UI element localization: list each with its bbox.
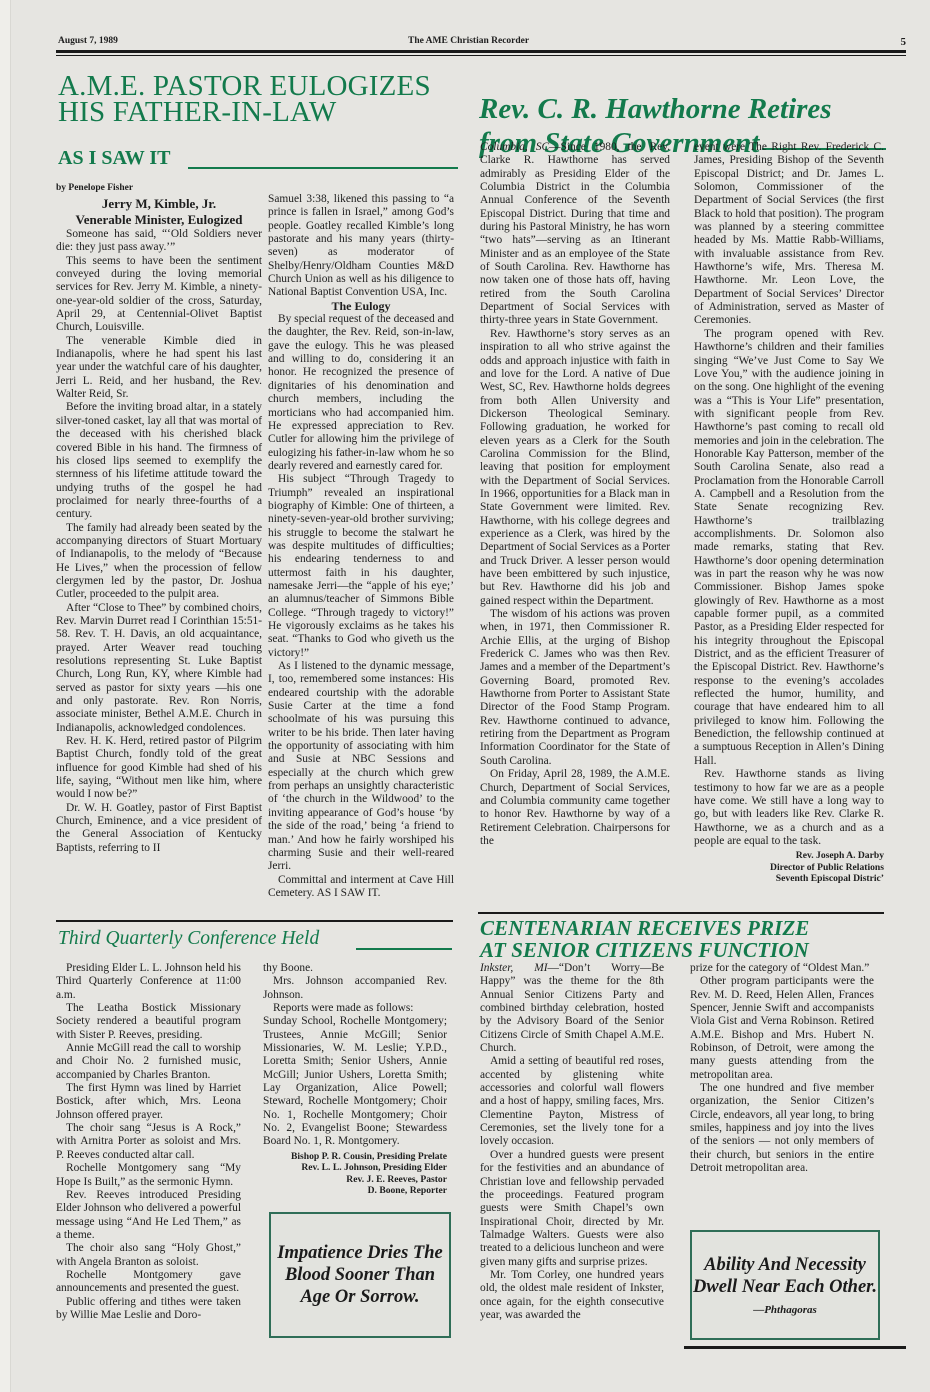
- reports-list: Sunday School, Rochelle Montgomery; Trus…: [263, 1015, 447, 1148]
- section-divider: [56, 920, 453, 922]
- paragraph: The wisdom of his actions was proven whe…: [480, 608, 670, 768]
- third-quarterly-column-1: Presiding Elder L. L. Johnson held his T…: [56, 962, 241, 1322]
- paragraph: Rev. Hawthorne’s story serves as an insp…: [480, 328, 670, 608]
- signoff-org: Seventh Episcopal Distric’: [694, 873, 884, 885]
- paragraph: Over a hundred guests were present for t…: [480, 1149, 664, 1269]
- paragraph: This seems to have been the sentiment co…: [56, 255, 262, 335]
- quote-text: Ability And Necessity Dwell Near Each Ot…: [692, 1254, 878, 1298]
- page-edge: [0, 0, 11, 1392]
- paragraph: The choir also sang “Holy Ghost,” with A…: [56, 1242, 241, 1269]
- issue-date: August 7, 1989: [58, 36, 118, 46]
- paragraph: Rev. H. K. Herd, retired pastor of Pilgr…: [56, 735, 262, 802]
- hawthorne-headline-line1: Rev. C. R. Hawthorne Retires: [479, 93, 832, 125]
- signoff-line: Rev. J. E. Reeves, Pastor: [263, 1174, 447, 1186]
- signoff-line: D. Boone, Reporter: [263, 1185, 447, 1197]
- paragraph: Columbia, SC—Since 1980, the Rev. Clarke…: [480, 141, 670, 328]
- quote-box-ability: Ability And Necessity Dwell Near Each Ot…: [690, 1230, 880, 1340]
- dateline: Inkster, MI: [480, 962, 548, 974]
- centenarian-headline-line2: AT SENIOR CITIZENS FUNCTION: [480, 938, 809, 962]
- eulogy-byline: by Penelope Fisher: [56, 183, 133, 193]
- hawthorne-column-2: event were The Right Rev. Frederick C. J…: [694, 141, 884, 885]
- paragraph: Other program participants were the Rev.…: [690, 975, 874, 1082]
- paragraph: The one hundred and five member organiza…: [690, 1082, 874, 1175]
- paragraph: The venerable Kimble died in Indianapoli…: [56, 335, 262, 402]
- third-quarterly-signoff: Bishop P. R. Cousin, Presiding Prelate R…: [263, 1151, 447, 1197]
- paragraph: Rev. Reeves introduced Presiding Elder J…: [56, 1189, 241, 1242]
- paragraph: thy Boone.: [263, 962, 447, 975]
- paragraph: After “Close to Thee” by combined choirs…: [56, 602, 262, 735]
- quote-text: Impatience Dries The Blood Sooner Than A…: [271, 1242, 449, 1308]
- paragraph-text: —Since 1980, the Rev. Clarke R. Hawthorn…: [480, 141, 670, 326]
- eulogy-column-1: Jerry M, Kimble, Jr. Venerable Minister,…: [56, 196, 262, 855]
- paragraph: Public offering and tithes were taken by…: [56, 1296, 241, 1323]
- eulogy-kicker: Jerry M, Kimble, Jr. Venerable Minister,…: [56, 196, 262, 228]
- eulogy-headline-line2: HIS FATHER-IN-LAW: [58, 96, 336, 128]
- signoff-line: Rev. L. L. Johnson, Presiding Elder: [263, 1162, 447, 1174]
- paragraph: event were The Right Rev. Frederick C. J…: [694, 141, 884, 328]
- publication-name: The AME Christian Recorder: [408, 36, 529, 46]
- eulogy-headline: A.M.E. PASTOR EULOGIZES HIS FATHER-IN-LA…: [58, 73, 431, 125]
- third-quarterly-column-2: thy Boone. Mrs. Johnson accompanied Rev.…: [263, 962, 447, 1197]
- paragraph: By special request of the deceased and t…: [268, 313, 454, 473]
- kicker-line-2: Venerable Minister, Eulogized: [76, 212, 243, 227]
- centenarian-column-2: prize for the category of “Oldest Man.” …: [690, 962, 874, 1176]
- centenarian-headline-line1: CENTENARIAN RECEIVES PRIZE: [480, 916, 809, 940]
- centenarian-column-1: Inkster, MI—“Don’t Worry—Be Happy” was t…: [480, 962, 664, 1322]
- paragraph: The first Hymn was lined by Harriet Bost…: [56, 1082, 241, 1122]
- paragraph: Committal and interment at Cave Hill Cem…: [268, 874, 454, 901]
- paragraph: Before the inviting broad altar, in a st…: [56, 401, 262, 521]
- paragraph: The Leatha Bostick Missionary Society re…: [56, 1002, 241, 1042]
- section-divider: [478, 912, 884, 914]
- paragraph: Mrs. Johnson accompanied Rev. Johnson.: [263, 975, 447, 1002]
- paragraph: His subject “Through Tragedy to Triumph”…: [268, 473, 454, 660]
- signoff-name: Rev. Joseph A. Darby: [694, 850, 884, 862]
- paragraph: Samuel 3:38, likened this passing to “a …: [268, 193, 454, 300]
- quote-attribution: —Phthagoras: [753, 1304, 817, 1316]
- subhead-rule: [188, 167, 458, 169]
- quote-box-impatience: Impatience Dries The Blood Sooner Than A…: [269, 1212, 451, 1338]
- paragraph: Someone has said, “‘Old Soldiers never d…: [56, 228, 262, 255]
- newspaper-page: August 7, 1989 The AME Christian Recorde…: [56, 28, 906, 1368]
- headline-rule: [356, 948, 452, 950]
- page-number: 5: [901, 36, 907, 48]
- dateline: Columbia, SC: [480, 141, 549, 153]
- paragraph: The choir sang “Jesus is A Rock,” with A…: [56, 1122, 241, 1162]
- paragraph: The program opened with Rev. Hawthorne’s…: [694, 328, 884, 768]
- hawthorne-signoff: Rev. Joseph A. Darby Director of Public …: [694, 850, 884, 885]
- paragraph: As I listened to the dynamic message, I,…: [268, 660, 454, 874]
- masthead-rule: [56, 50, 906, 56]
- paragraph-text: —“Don’t Worry—Be Happy” was the theme fo…: [480, 962, 664, 1054]
- paragraph: Dr. W. H. Goatley, pastor of First Bapti…: [56, 802, 262, 855]
- paragraph: On Friday, April 28, 1989, the A.M.E. Ch…: [480, 768, 670, 848]
- eulogy-column-2: Samuel 3:38, likened this passing to “a …: [268, 193, 454, 900]
- paragraph: prize for the category of “Oldest Man.”: [690, 962, 874, 975]
- bottom-rule: [684, 1346, 906, 1349]
- paragraph: Presiding Elder L. L. Johnson held his T…: [56, 962, 241, 1002]
- hawthorne-column-1: Columbia, SC—Since 1980, the Rev. Clarke…: [480, 141, 670, 848]
- paragraph: The family had already been seated by th…: [56, 522, 262, 602]
- paragraph: Annie McGill read the call to worship an…: [56, 1042, 241, 1082]
- paragraph: Reports were made as follows:: [263, 1002, 447, 1015]
- paragraph: Rev. Hawthorne stands as living testimon…: [694, 768, 884, 848]
- kicker-line-1: Jerry M, Kimble, Jr.: [102, 196, 216, 211]
- paragraph: Inkster, MI—“Don’t Worry—Be Happy” was t…: [480, 962, 664, 1055]
- eulogy-subhead-text: AS I SAW IT: [58, 147, 170, 169]
- signoff-line: Bishop P. R. Cousin, Presiding Prelate: [263, 1151, 447, 1163]
- paragraph: Rochelle Montgomery gave announcements a…: [56, 1269, 241, 1296]
- signoff-title: Director of Public Relations: [694, 862, 884, 874]
- third-quarterly-headline: Third Quarterly Conference Held: [58, 928, 319, 950]
- paragraph: Mr. Tom Corley, one hundred years old, t…: [480, 1269, 664, 1322]
- paragraph: Amid a setting of beautiful red roses, a…: [480, 1055, 664, 1148]
- eulogy-section-heading: The Eulogy: [268, 300, 454, 313]
- centenarian-headline: CENTENARIAN RECEIVES PRIZE AT SENIOR CIT…: [480, 917, 809, 961]
- eulogy-subhead: AS I SAW IT: [58, 147, 458, 173]
- paragraph: Rochelle Montgomery sang “My Hope Is Bui…: [56, 1162, 241, 1189]
